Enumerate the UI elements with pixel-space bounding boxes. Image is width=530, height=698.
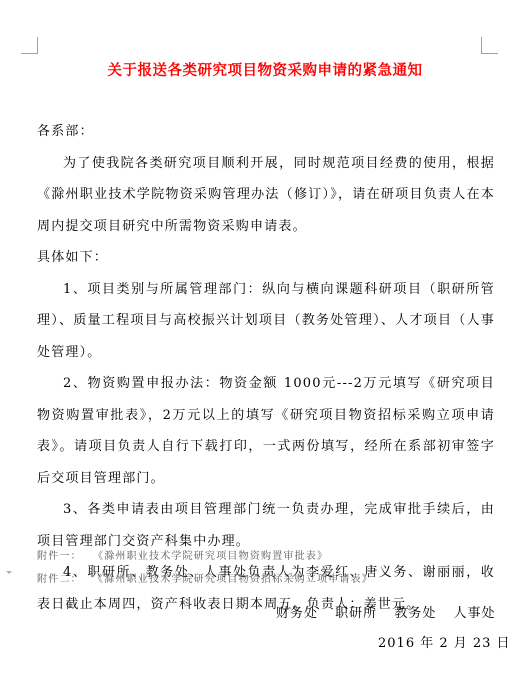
page-corner-mark-top-left (21, 37, 38, 54)
attachment-2-label: 附件二： (37, 568, 93, 591)
document-date: 2016 年 2 月 23 日 (378, 632, 511, 651)
attachment-1-name: 《滁州职业技术学院研究项目物资购置审批表》 (93, 551, 328, 562)
signatory-research: 职研所 (335, 602, 377, 621)
salutation: 各系部： (37, 116, 495, 148)
intro-paragraph: 为了使我院各类研究项目顺利开展，同时规范项目经费的使用，根据《滁州职业技术学院物… (37, 148, 495, 243)
signatory-finance: 财务处 (276, 602, 318, 621)
attachment-2: 附件二：《滁州职业技术学院研究项目物资招标采购立项申请表》 (37, 568, 373, 591)
collapse-arrow-icon[interactable] (6, 571, 12, 574)
item-2-paragraph: 2、物资购置申报办法：物资金额 1000元---2万元填写《研究项目物资购置审批… (37, 368, 495, 494)
attachment-1: 附件一：《滁州职业技术学院研究项目物资购置审批表》 (37, 545, 373, 568)
details-heading: 具体如下： (37, 242, 495, 274)
attachment-2-name: 《滁州职业技术学院研究项目物资招标采购立项申请表》 (93, 574, 373, 585)
signatory-hr: 人事处 (453, 602, 495, 621)
signatories: 财务处 职研所 教务处 人事处 (276, 602, 495, 621)
document-title: 关于报送各类研究项目物资采购申请的紧急通知 (0, 59, 530, 80)
signatory-academic: 教务处 (394, 602, 436, 621)
attachments-list: 附件一：《滁州职业技术学院研究项目物资购置审批表》 附件二：《滁州职业技术学院研… (37, 545, 373, 591)
item-1-paragraph: 1、项目类别与所属管理部门：纵向与横向课题科研项目（职研所管理）、质量工程项目与… (37, 274, 495, 369)
page-corner-mark-top-right (481, 37, 498, 54)
attachment-1-label: 附件一： (37, 545, 93, 568)
